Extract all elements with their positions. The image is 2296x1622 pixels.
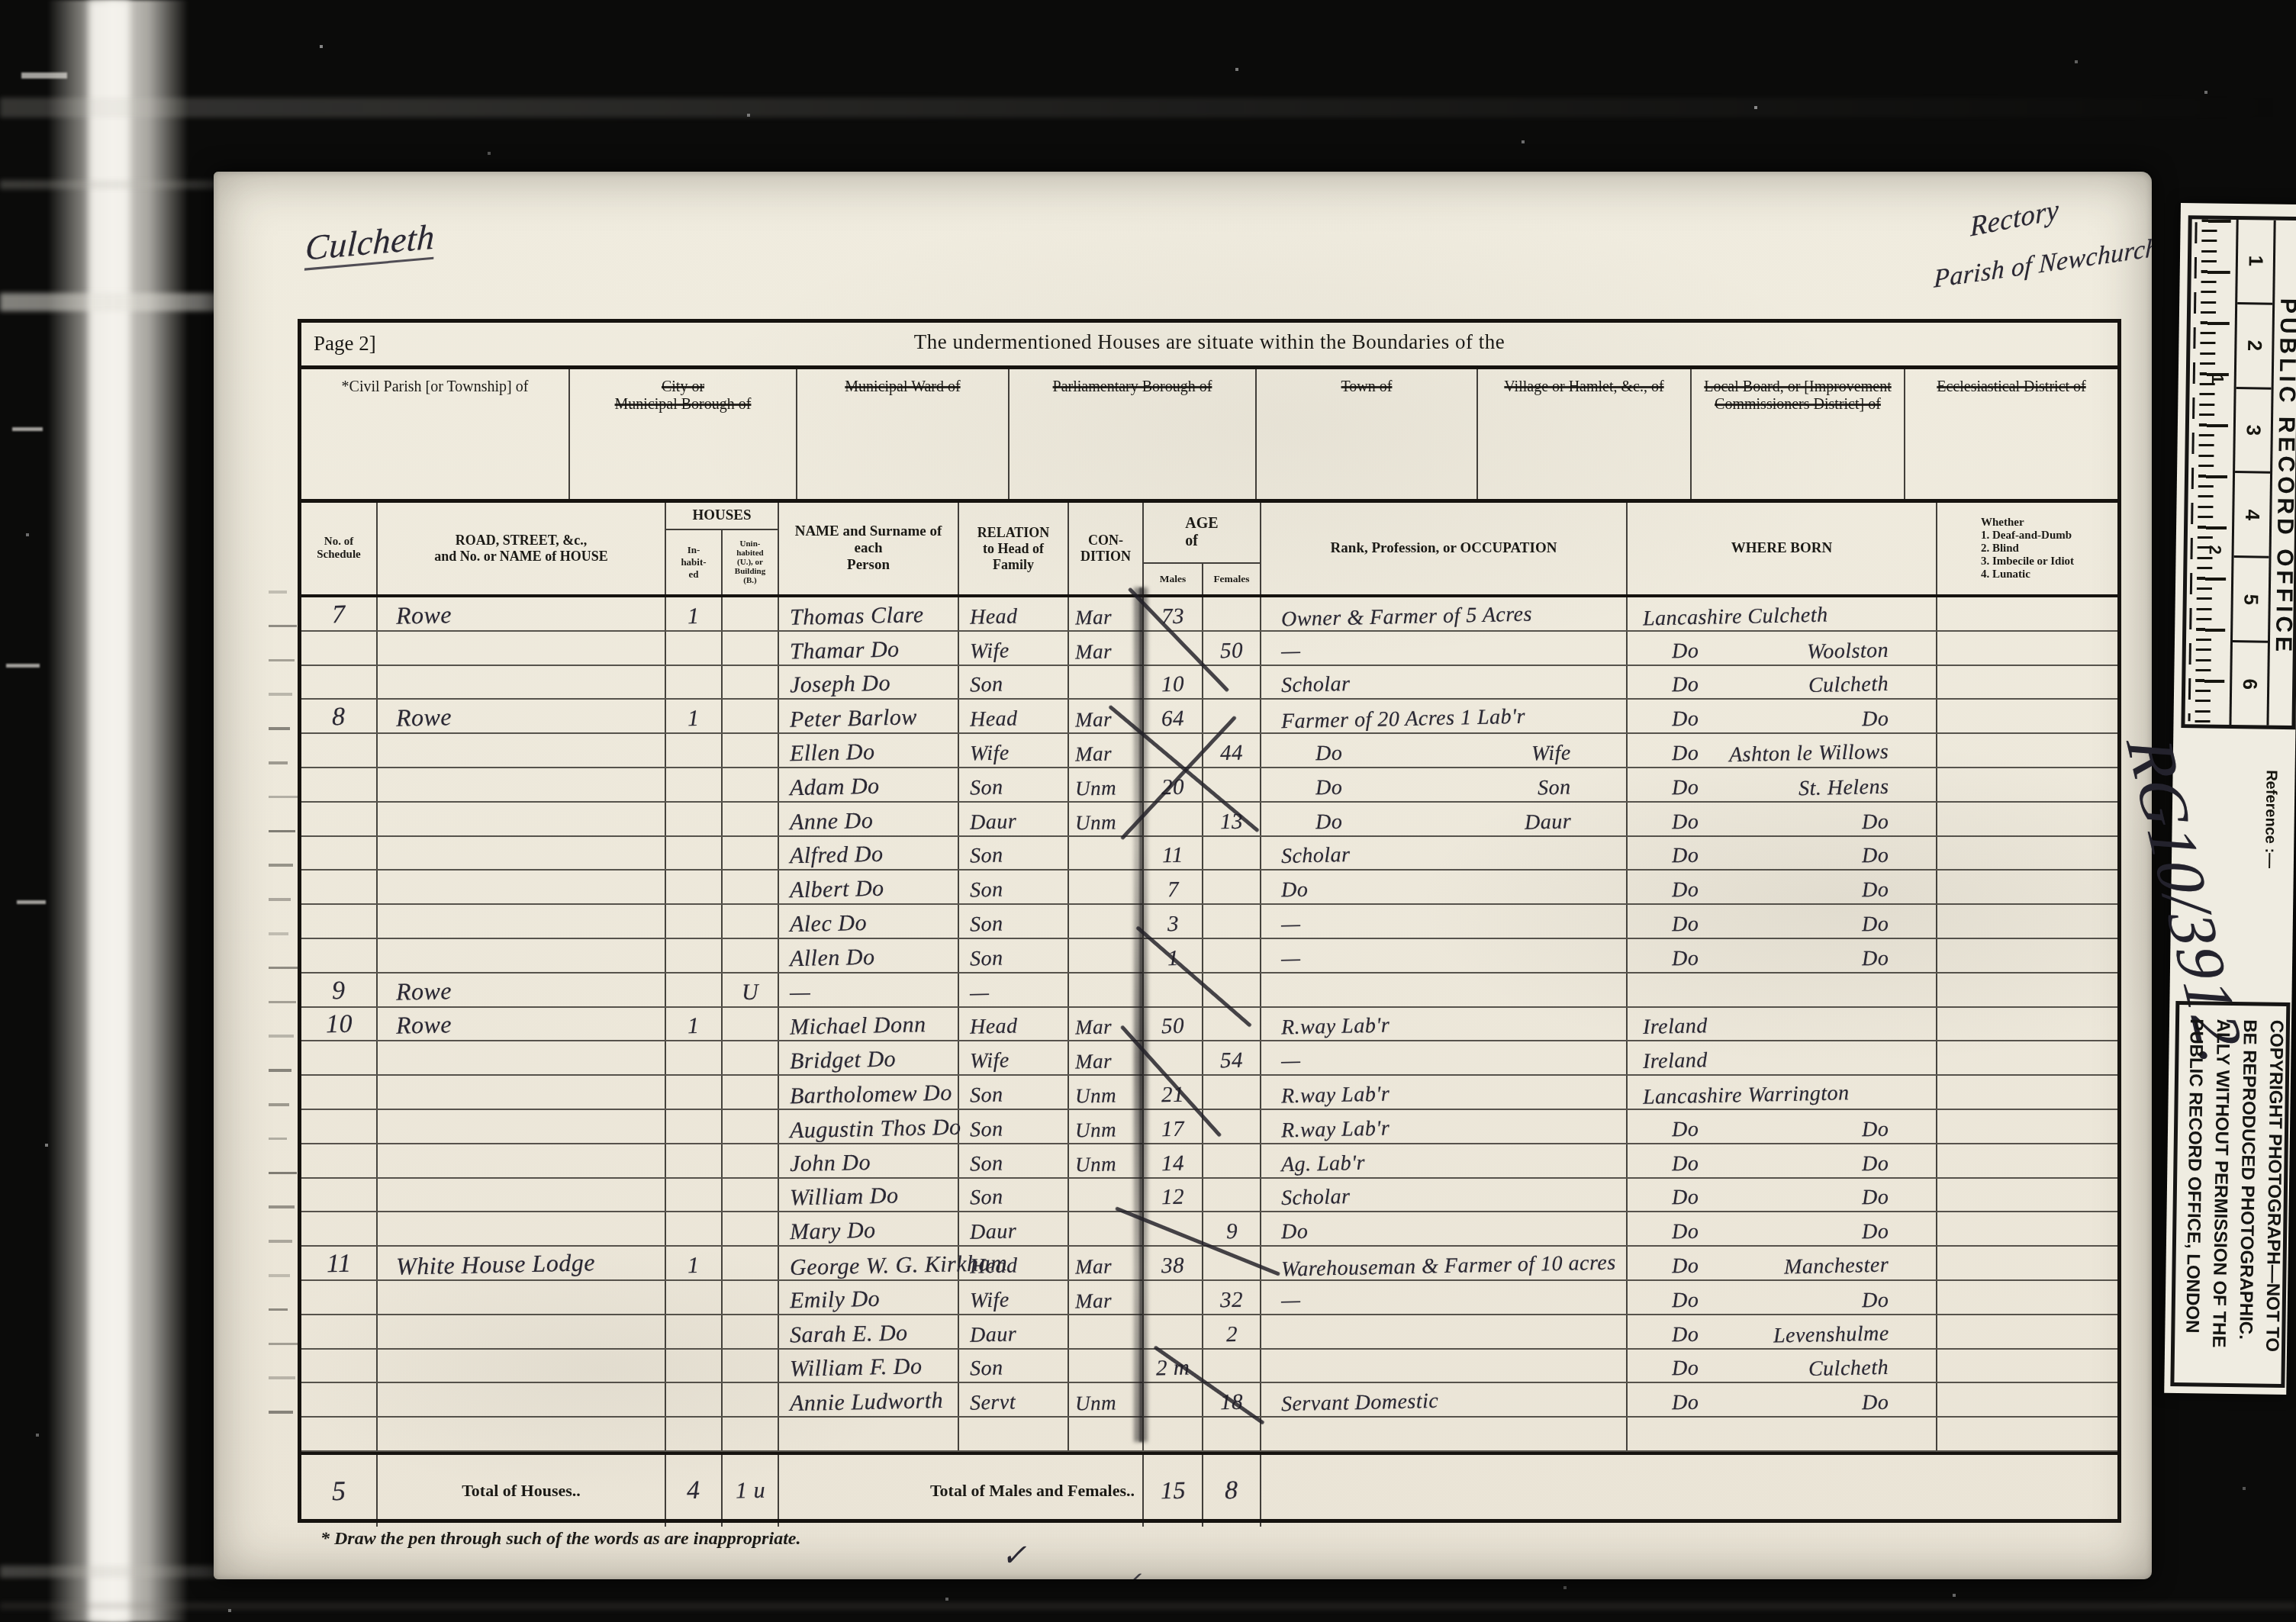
entry-text: Alfred Do	[790, 842, 884, 870]
cell-inh	[666, 1179, 723, 1212]
cell-af	[1203, 837, 1261, 870]
cell-inh	[666, 1041, 723, 1074]
cell-born	[1628, 1418, 1937, 1450]
entry-text: Augustin Thos Do	[790, 1114, 961, 1144]
entry-text: Wife	[970, 1288, 1010, 1313]
entry-text: Mar	[1075, 708, 1113, 732]
cell-inh	[666, 939, 723, 972]
ditto-mark: Do	[1315, 809, 1343, 835]
form-title: The undermentioned Houses are situate wi…	[622, 330, 1797, 354]
cell-road: Rowe	[378, 1008, 666, 1041]
cell-occ: Warehouseman & Farmer of 10 acres	[1261, 1247, 1628, 1279]
ruler-inch-number: 3	[2241, 424, 2265, 436]
margin-dash	[269, 625, 297, 628]
census-page: Page 2] The undermentioned Houses are si…	[214, 172, 2152, 1579]
cell-name: Bartholomew Do	[779, 1076, 959, 1109]
ditto-mark: Do	[1672, 1254, 1699, 1279]
cell-inf	[1937, 632, 2117, 665]
cell-am	[1144, 1418, 1203, 1450]
entry-text: Do	[1862, 809, 1889, 835]
entry-text: Daur	[970, 809, 1017, 835]
total-houses-label: Total of Houses..	[378, 1455, 666, 1527]
cell-am: 17	[1144, 1110, 1203, 1143]
entry-text: Wife	[1531, 741, 1571, 766]
header-age-group: AGE of Males Females	[1144, 503, 1261, 594]
entry-text: 32	[1220, 1287, 1244, 1313]
ruler-ticks	[2195, 219, 2235, 725]
cell-inh	[666, 632, 723, 665]
cell-rel: Son	[959, 666, 1069, 699]
entry-text: 54	[1220, 1048, 1244, 1074]
cell-cond: Mar	[1069, 1281, 1144, 1314]
entry-text: Allen Do	[790, 945, 875, 972]
entry-text: Mar	[1075, 1050, 1113, 1074]
cell-occ: Farmer of 20 Acres 1 Lab'r	[1261, 700, 1628, 732]
entry-text: —	[1281, 1049, 1301, 1074]
ecclesiastical-district-value-line1: Rectory	[1970, 193, 2059, 243]
margin-dash	[269, 1172, 297, 1175]
entry-text: Michael Donn	[790, 1012, 926, 1041]
cell-rel: Son	[959, 1179, 1069, 1212]
cell-af	[1203, 939, 1261, 972]
cell-inf	[1937, 768, 2117, 801]
cell-af	[1203, 1179, 1261, 1212]
ditto-mark: Do	[1315, 775, 1343, 800]
cell-road	[378, 1350, 666, 1382]
cell-inf	[1937, 939, 2117, 972]
ruler: 1 2 123456 PUBLIC RECORD OFFICE	[2181, 215, 2296, 729]
record-row: Allen DoSon1—DoDo	[301, 939, 2117, 974]
cell-rel: Son	[959, 1144, 1069, 1177]
cell-occ: Scholar	[1261, 666, 1628, 699]
cell-af	[1203, 871, 1261, 903]
total-males: 15	[1144, 1455, 1203, 1527]
cell-rel	[959, 1418, 1069, 1450]
check-mark: ✓	[1120, 1566, 1142, 1579]
entry-text: R.way Lab'r	[1281, 1082, 1390, 1109]
cell-born: DoManchester	[1628, 1247, 1937, 1279]
cell-rel: Daur	[959, 1315, 1069, 1348]
margin-dash	[269, 932, 288, 935]
header-condition: CON- DITION	[1069, 503, 1144, 594]
cell-name: Michael Donn	[779, 1008, 959, 1041]
geo-header-cell: Local Board, or [Improvement Commissione…	[1692, 369, 1905, 499]
cell-cond	[1069, 1418, 1144, 1450]
entry-text: Son	[970, 1117, 1003, 1142]
header-age: AGE of	[1144, 503, 1260, 564]
record-row: 11White House Lodge1George W. G. Kirkham…	[301, 1247, 2117, 1281]
entry-text: Rowe	[396, 1011, 452, 1041]
cell-road	[378, 837, 666, 870]
entry-text: Ellen Do	[790, 739, 875, 767]
cell-uninh	[723, 803, 779, 835]
margin-dash	[269, 1103, 289, 1106]
record-row: 8Rowe1Peter BarlowHeadMar64Farmer of 20 …	[301, 700, 2117, 734]
entry-text: Do	[1862, 1117, 1889, 1142]
cell-uninh	[723, 871, 779, 903]
cell-cond	[1069, 666, 1144, 699]
ditto-mark: Do	[1672, 742, 1699, 767]
entry-text: Thomas Clare	[790, 602, 924, 631]
cell-inf	[1937, 1179, 2117, 1212]
entry-text: 3	[1167, 912, 1179, 937]
cell-cond	[1069, 837, 1144, 870]
civil-parish-value: Culcheth	[304, 216, 436, 270]
cell-road	[378, 1110, 666, 1143]
record-row: Anne DoDaurUnm13DoDaurDoDo	[301, 803, 2117, 837]
entry-text: 9	[332, 976, 346, 1005]
cell-name: Thamar Do	[779, 632, 959, 665]
entry-text: Culcheth	[1808, 1356, 1889, 1382]
column-header-row: No. of Schedule ROAD, STREET, &c., and N…	[301, 503, 2117, 597]
header-age-sub: Males Females	[1144, 564, 1260, 594]
record-rows: 7Rowe1Thomas ClareHeadMar73Owner & Farme…	[301, 597, 2117, 1452]
record-row: Annie LudworthServtUnm18Servant Domestic…	[301, 1383, 2117, 1418]
ditto-mark: Do	[1672, 1322, 1699, 1347]
ditto-mark: Do	[1672, 639, 1699, 664]
record-row: William F. DoSon2 mDoCulcheth	[301, 1350, 2117, 1384]
entry-text: Rowe	[396, 600, 452, 630]
cell-occ: R.way Lab'r	[1261, 1110, 1628, 1143]
cell-occ: Do	[1261, 1212, 1628, 1245]
entry-text: Daur	[1524, 809, 1571, 835]
entry-text: Ashton le Willows	[1729, 740, 1889, 768]
cell-schedule	[301, 871, 378, 903]
cell-schedule	[301, 1418, 378, 1450]
entry-text: Mar	[1075, 1289, 1113, 1313]
cell-inf	[1937, 1281, 2117, 1314]
cell-uninh	[723, 1212, 779, 1245]
cell-af	[1203, 768, 1261, 801]
entry-text: Mar	[1075, 639, 1113, 664]
entry-text: Servt	[970, 1390, 1016, 1415]
cell-schedule	[301, 1281, 378, 1314]
entry-text: 50	[1220, 638, 1244, 664]
cell-rel: Son	[959, 939, 1069, 972]
cell-occ: R.way Lab'r	[1261, 1008, 1628, 1041]
cell-af: 2	[1203, 1315, 1261, 1348]
cell-name: Ellen Do	[779, 734, 959, 767]
cell-rel: Son	[959, 1350, 1069, 1382]
cell-am: 7	[1144, 871, 1203, 903]
entry-text: Son	[970, 673, 1003, 698]
margin-dash	[269, 1035, 294, 1038]
cell-inf	[1937, 837, 2117, 870]
margin-dash	[269, 967, 298, 970]
geo-header-cell: Village or Hamlet, &c., of	[1478, 369, 1692, 499]
ditto-mark: Do	[1672, 1391, 1699, 1416]
entry-text: Farmer of 20 Acres 1 Lab'r	[1281, 705, 1526, 735]
entry-text: Do	[1862, 844, 1889, 869]
cell-road	[378, 768, 666, 801]
cell-uninh	[723, 837, 779, 870]
entry-text: Unm	[1075, 776, 1117, 800]
cell-af	[1203, 666, 1261, 699]
cell-occ: —	[1261, 632, 1628, 665]
header-occupation: Rank, Profession, or OCCUPATION	[1261, 503, 1628, 594]
cell-road	[378, 1418, 666, 1450]
cell-am: 11	[1144, 837, 1203, 870]
cell-cond	[1069, 974, 1144, 1006]
entry-text: R.way Lab'r	[1281, 1014, 1390, 1041]
entry-text: 10	[1161, 672, 1185, 698]
margin-dash	[269, 1240, 292, 1243]
ditto-mark: Do	[1672, 707, 1699, 732]
margin-dash	[269, 1069, 291, 1072]
cell-name: Anne Do	[779, 803, 959, 835]
entry-text: 7	[332, 600, 346, 629]
total-empty-area	[1261, 1455, 2117, 1527]
cell-name: Peter Barlow	[779, 700, 959, 732]
cell-cond: Unm	[1069, 1144, 1144, 1177]
cell-am: 12	[1144, 1179, 1203, 1212]
entry-text: Unm	[1075, 1118, 1117, 1142]
ruler-inch-cell: 2	[2236, 304, 2273, 389]
entry-text: Ag. Lab'r	[1281, 1151, 1366, 1176]
cell-uninh	[723, 939, 779, 972]
cell-road	[378, 1179, 666, 1212]
cell-uninh	[723, 1247, 779, 1279]
cell-inf	[1937, 597, 2117, 630]
entry-text: Do	[1862, 1220, 1889, 1245]
record-row: Sarah E. DoDaur2DoLevenshulme	[301, 1315, 2117, 1350]
entry-text: Albert Do	[790, 876, 884, 904]
record-row: Emily DoWifeMar32—DoDo	[301, 1281, 2117, 1315]
ruler-inch-cell: 5	[2233, 558, 2269, 642]
ruler-inch-cell: 4	[2234, 474, 2271, 558]
cell-occ: Servant Domestic	[1261, 1383, 1628, 1416]
geo-header-cell: Town of	[1257, 369, 1478, 499]
cell-schedule	[301, 803, 378, 835]
cell-rel: Son	[959, 871, 1069, 903]
cell-inh	[666, 1281, 723, 1314]
cell-uninh: U	[723, 974, 779, 1006]
margin-dash	[269, 1138, 287, 1141]
entry-text: 20	[1161, 774, 1185, 800]
entry-text: —	[1281, 947, 1301, 972]
entry-text: Woolston	[1807, 638, 1889, 664]
entry-text: Do	[1862, 1186, 1889, 1211]
cell-born: DoDo	[1628, 871, 1937, 903]
cell-am: 3	[1144, 905, 1203, 938]
cell-inf	[1937, 1418, 2117, 1450]
cell-schedule: 9	[301, 974, 378, 1006]
record-row: Alfred DoSon11ScholarDoDo	[301, 837, 2117, 871]
cell-schedule	[301, 1315, 378, 1348]
ruler-inch-cell: 1	[2237, 220, 2274, 304]
entry-text: Son	[970, 1186, 1003, 1211]
margin-dash	[269, 864, 293, 867]
cell-inh: 1	[666, 700, 723, 732]
ruler-inch-number: 6	[2238, 678, 2262, 690]
margin-dash	[269, 761, 288, 764]
record-row: William DoSon12ScholarDoDo	[301, 1179, 2117, 1213]
cell-born: Ireland	[1628, 1041, 1937, 1074]
cell-born: DoDo	[1628, 837, 1937, 870]
cell-cond: Unm	[1069, 1110, 1144, 1143]
entry-text: —	[1281, 639, 1301, 664]
entry-text: 9	[1225, 1219, 1238, 1244]
geo-header-label: City or Municipal Borough of	[615, 378, 752, 413]
cell-inf	[1937, 700, 2117, 732]
cell-inh: 1	[666, 1008, 723, 1041]
geo-header-cell: City or Municipal Borough of	[570, 369, 797, 499]
ditto-mark: Do	[1672, 912, 1699, 938]
cell-cond	[1069, 939, 1144, 972]
cell-road	[378, 1076, 666, 1109]
header-houses-group: HOUSES In- habit- ed Unin- habited (U.),…	[666, 503, 779, 594]
cell-name	[779, 1418, 959, 1450]
cell-occ: Do	[1261, 871, 1628, 903]
film-edge-mark	[17, 900, 46, 904]
margin-dash	[269, 1343, 298, 1346]
entry-text: Sarah E. Do	[790, 1320, 908, 1348]
entry-text: Mar	[1075, 742, 1113, 766]
entry-text: Mar	[1075, 1254, 1113, 1279]
cell-schedule	[301, 632, 378, 665]
entry-text: Son	[970, 844, 1003, 869]
ditto-mark: Do	[1672, 1356, 1699, 1382]
cell-uninh	[723, 734, 779, 767]
check-mark: ✓	[623, 1574, 642, 1579]
cell-inh: 1	[666, 1247, 723, 1279]
ditto-mark: Do	[1672, 1151, 1699, 1176]
census-microfilm-scan: { "page": { "page_label": "Page 2]", "ti…	[0, 0, 2296, 1622]
cell-born: DoDo	[1628, 1144, 1937, 1177]
cell-inf	[1937, 1247, 2117, 1279]
cell-road	[378, 632, 666, 665]
ditto-mark: Do	[1672, 775, 1699, 800]
entry-text: Son	[970, 878, 1003, 903]
cell-cond	[1069, 1212, 1144, 1245]
cell-road	[378, 871, 666, 903]
entry-text: Do	[1281, 1220, 1309, 1245]
entry-text: Rowe	[396, 977, 452, 1006]
ruler-scale-number: 1	[2207, 374, 2227, 384]
cell-inh	[666, 1212, 723, 1245]
entry-text: Do	[1281, 878, 1309, 903]
cell-road: Rowe	[378, 597, 666, 630]
cell-occ: DoWife	[1261, 734, 1628, 767]
entry-text: Wife	[970, 741, 1010, 766]
cell-cond	[1069, 905, 1144, 938]
cell-rel: Daur	[959, 1212, 1069, 1245]
ruler-inch-number: 4	[2240, 509, 2264, 520]
geo-header-label: Parliamentary Borough of	[1053, 378, 1212, 395]
cell-af: 54	[1203, 1041, 1261, 1074]
cell-af: 50	[1203, 632, 1261, 665]
entry-text: Bridget Do	[790, 1047, 897, 1075]
cell-af	[1203, 905, 1261, 938]
cell-road	[378, 1041, 666, 1074]
cell-rel: Wife	[959, 632, 1069, 665]
margin-dash	[269, 659, 295, 662]
cell-road	[378, 1281, 666, 1314]
ruler-inch-number: 5	[2239, 594, 2262, 605]
cell-am	[1144, 1383, 1203, 1416]
cell-rel: Wife	[959, 1281, 1069, 1314]
cell-road	[378, 803, 666, 835]
header-houses: HOUSES	[666, 503, 778, 530]
cell-born: Lancashire Culcheth	[1628, 597, 1937, 630]
cell-occ	[1261, 1315, 1628, 1348]
cell-inh	[666, 803, 723, 835]
header-age-males: Males	[1144, 564, 1203, 594]
entry-text: Joseph Do	[790, 671, 891, 699]
geography-header-band: *Civil Parish [or Township] ofCity or Mu…	[301, 369, 2117, 503]
entry-text: William F. Do	[790, 1354, 923, 1383]
entry-text: Adam Do	[790, 774, 880, 801]
cell-schedule	[301, 939, 378, 972]
entry-text: Do	[1862, 878, 1889, 903]
entry-text: 7	[1167, 877, 1179, 903]
cell-born: Lancashire Warrington	[1628, 1076, 1937, 1109]
cell-uninh	[723, 1315, 779, 1348]
margin-dash	[269, 1001, 296, 1004]
cell-inh	[666, 1144, 723, 1177]
entry-text: Scholar	[1281, 843, 1351, 869]
record-row: Ellen DoWifeMar44DoWifeDoAshton le Willo…	[301, 734, 2117, 768]
cell-inh	[666, 666, 723, 699]
record-row: Bartholomew DoSonUnm21R.way Lab'rLancash…	[301, 1076, 2117, 1110]
entry-text: Peter Barlow	[790, 704, 917, 732]
entry-text: St. Helens	[1798, 775, 1889, 801]
ruler-scale-number: 2	[2205, 545, 2225, 555]
total-males-females-label: Total of Males and Females..	[779, 1455, 1144, 1527]
cell-uninh	[723, 1110, 779, 1143]
cell-cond	[1069, 1350, 1144, 1382]
margin-dash	[269, 1308, 288, 1311]
cell-schedule	[301, 1110, 378, 1143]
cell-uninh	[723, 1281, 779, 1314]
cell-inf	[1937, 1076, 2117, 1109]
cell-road: Rowe	[378, 974, 666, 1006]
cell-name: Alfred Do	[779, 837, 959, 870]
margin-dash	[269, 898, 291, 901]
ruler-inch-number: 2	[2243, 340, 2266, 352]
entry-text: John Do	[790, 1149, 871, 1176]
cell-cond	[1069, 871, 1144, 903]
cell-inh	[666, 1315, 723, 1348]
header-age-females: Females	[1203, 564, 1260, 594]
entry-text: Levenshulme	[1773, 1321, 1889, 1348]
cell-uninh	[723, 1144, 779, 1177]
cell-inh	[666, 905, 723, 938]
entry-text: Anne Do	[790, 807, 874, 835]
entry-text: Bartholomew Do	[790, 1080, 952, 1109]
film-streak	[0, 1602, 2296, 1610]
cell-uninh	[723, 905, 779, 938]
cell-born: Ireland	[1628, 1008, 1937, 1041]
entry-text: Manchester	[1784, 1254, 1889, 1280]
cell-uninh	[723, 1041, 779, 1074]
entry-text: 11	[1162, 843, 1184, 869]
cell-inh	[666, 768, 723, 801]
cell-schedule	[301, 1076, 378, 1109]
cell-inh	[666, 974, 723, 1006]
film-streak	[0, 98, 2296, 117]
ditto-mark: Do	[1672, 1186, 1699, 1211]
entry-text: Lancashire Culcheth	[1643, 603, 1828, 631]
ditto-mark: Do	[1315, 742, 1343, 767]
header-relation: RELATION to Head of Family	[959, 503, 1069, 594]
margin-dash	[269, 693, 292, 696]
entry-text: Owner & Farmer of 5 Acres	[1281, 602, 1533, 632]
cell-inh	[666, 1383, 723, 1416]
cell-inf	[1937, 905, 2117, 938]
cell-am: 38	[1144, 1247, 1203, 1279]
cell-rel: Son	[959, 1110, 1069, 1143]
